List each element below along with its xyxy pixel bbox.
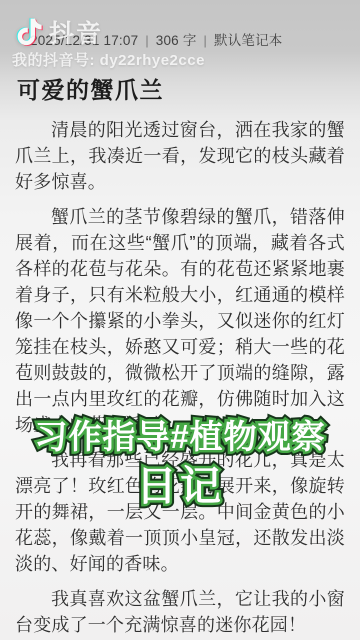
meta-separator: | — [204, 34, 207, 48]
meta-separator: | — [145, 34, 148, 48]
douyin-logo-icon — [13, 14, 45, 50]
note-document: 可爱的蟹爪兰 清晨的阳光透过窗台，洒在我家的蟹爪兰上，我凑近一看，发现它的枝头藏… — [15, 72, 345, 640]
note-word-count: 306 字 — [156, 33, 197, 48]
douyin-video-frame: 2025/12/31 17:07|306 字|默认笔记本 抖音 我的抖音号: d… — [0, 0, 360, 640]
note-title: 可爱的蟹爪兰 — [17, 72, 345, 105]
note-paragraph-1: 清晨的阳光透过窗台，洒在我家的蟹爪兰上，我凑近一看，发现它的枝头藏着好多惊喜。 — [15, 117, 345, 195]
note-paragraph-4: 我真喜欢这盆蟹爪兰，它让我的小窗台变成了一个充满惊喜的迷你花园！ — [15, 586, 345, 638]
notebook-name: 默认笔记本 — [214, 33, 283, 48]
douyin-account-id: 我的抖音号: dy22rhye2cce — [12, 49, 205, 70]
douyin-watermark: 抖音 — [13, 14, 103, 50]
douyin-brand-text: 抖音 — [49, 14, 103, 50]
note-paragraph-2: 蟹爪兰的茎节像碧绿的蟹爪，错落伸展着，而在这些“蟹爪”的顶端，藏着各式各样的花苞… — [15, 204, 345, 438]
note-paragraph-3: 我再看那些已经盛开的花儿，真是太漂亮了！玫红色的花瓣舒展开来，像旋转开的舞裙，一… — [15, 447, 345, 577]
